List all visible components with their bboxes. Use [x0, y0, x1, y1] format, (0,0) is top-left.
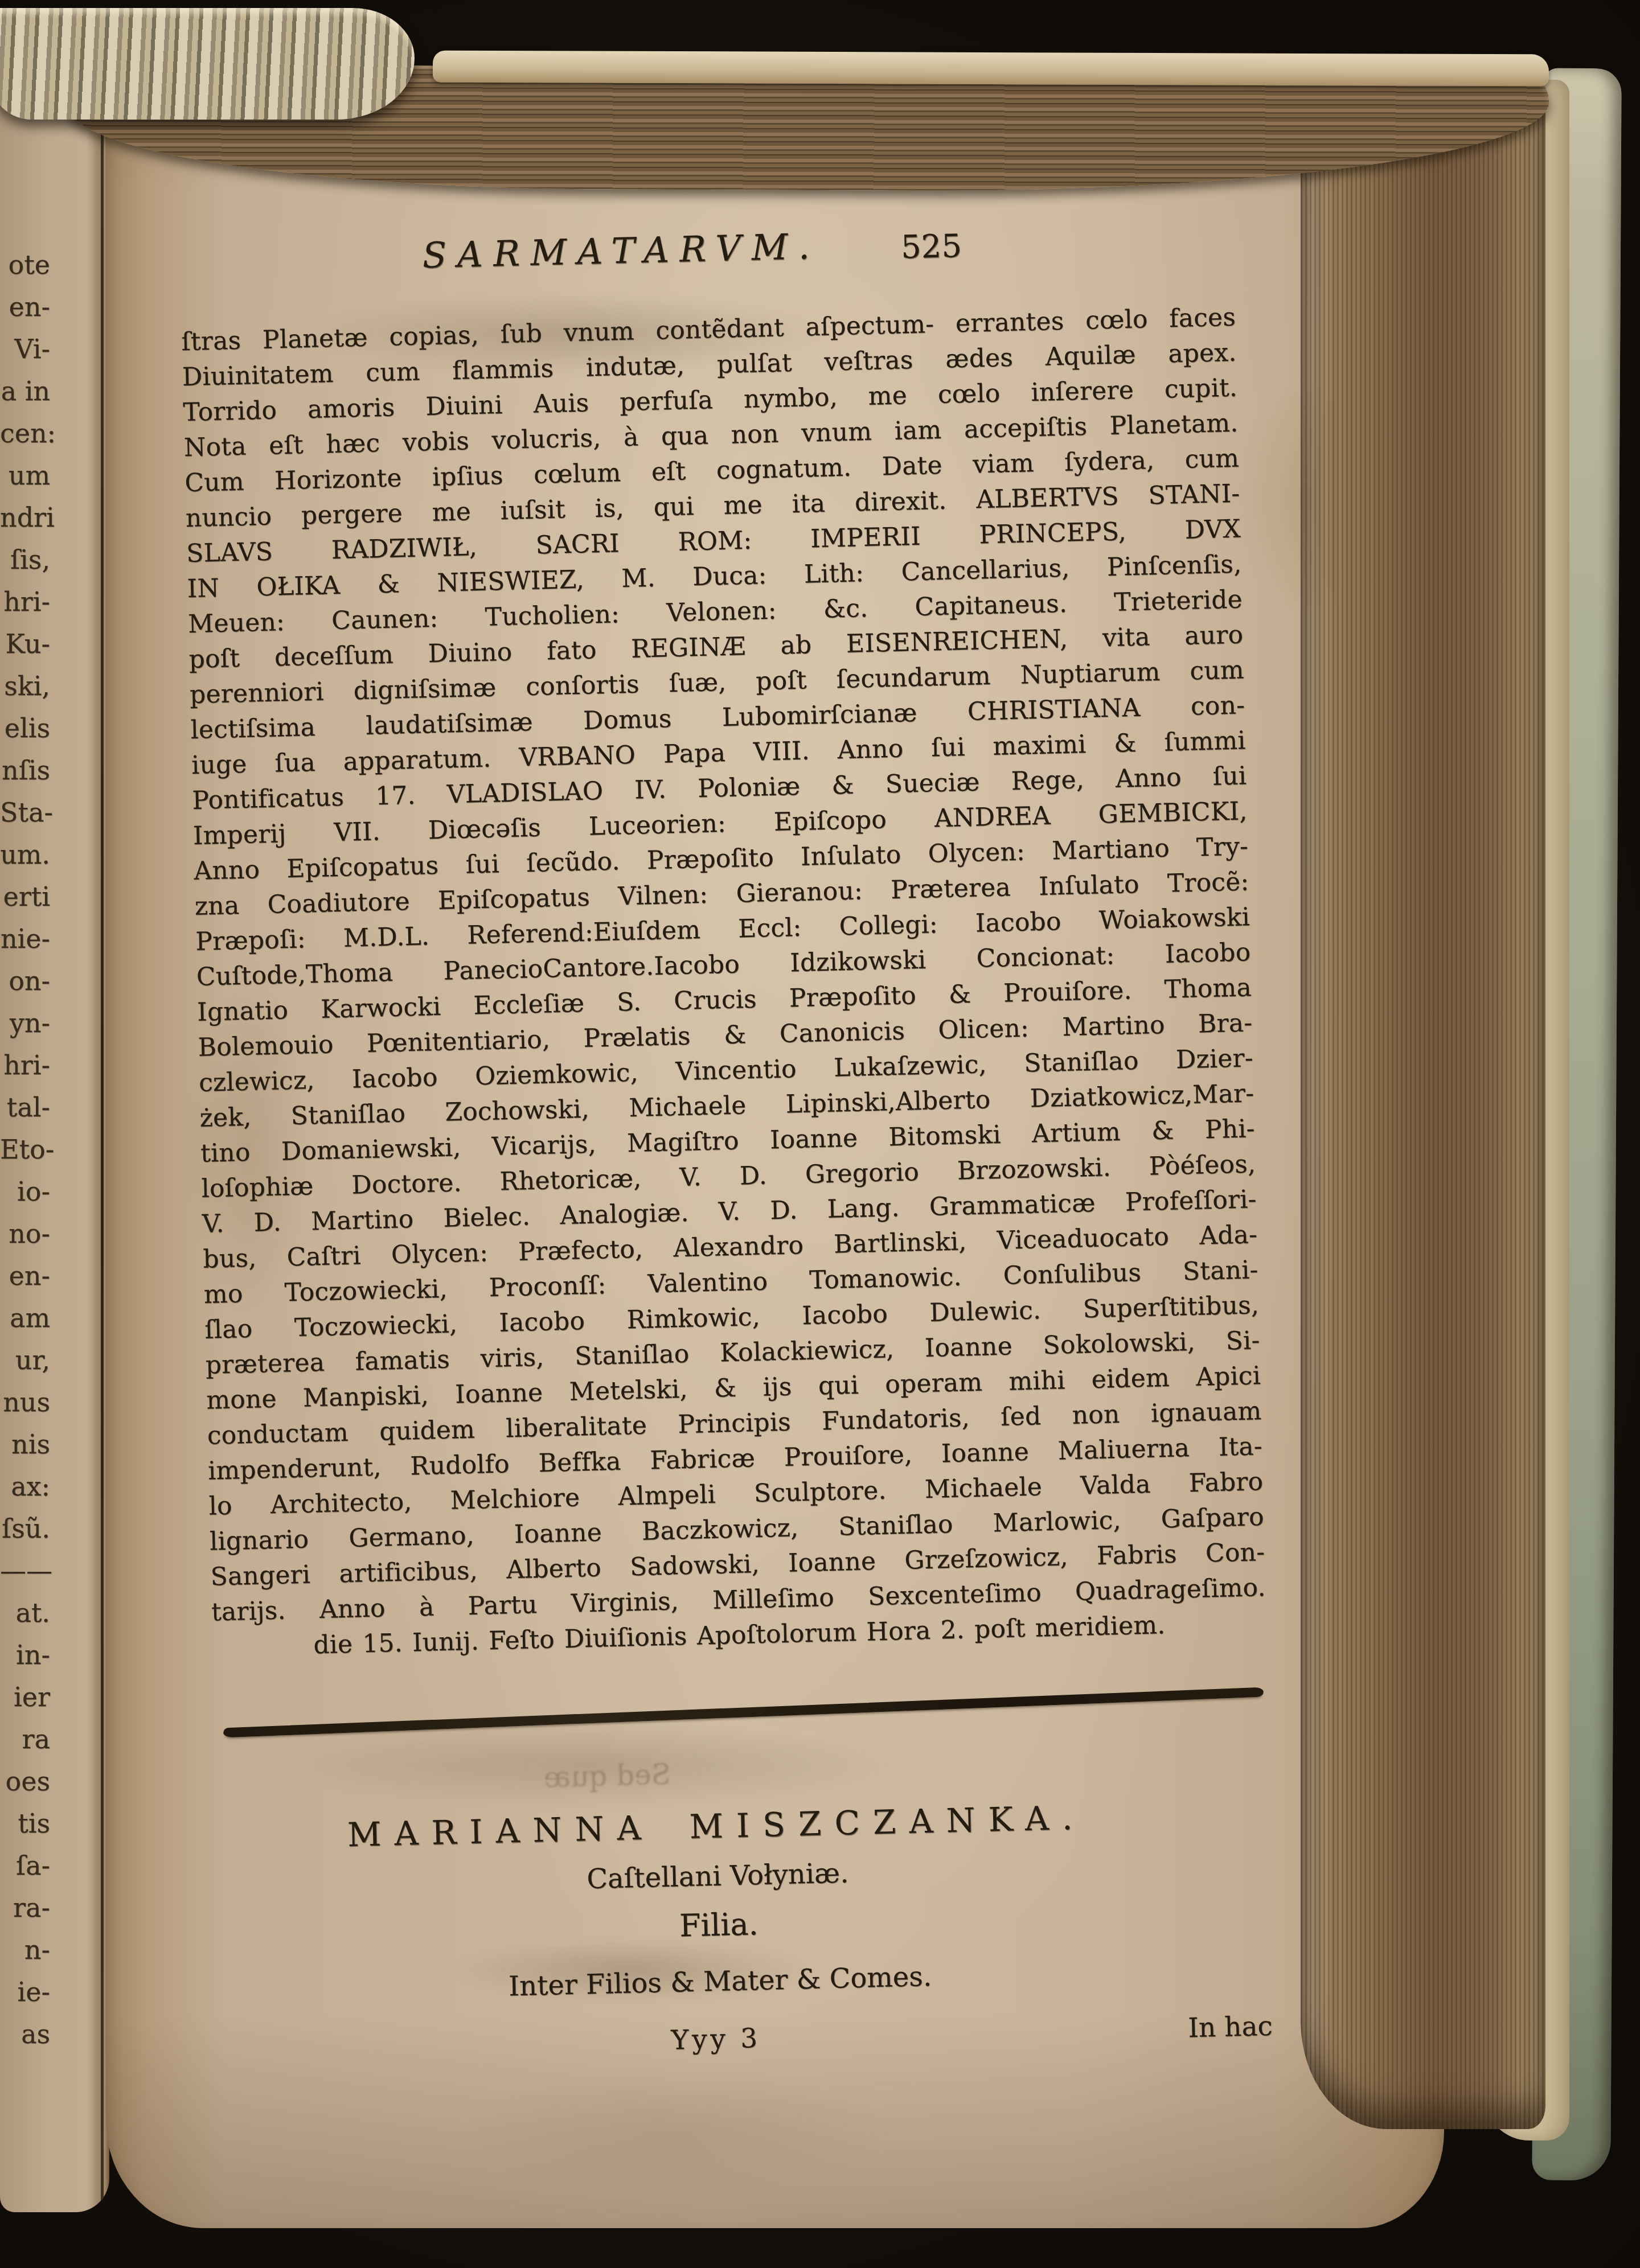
fragment: am	[0, 1297, 50, 1339]
fragment: hri-	[0, 1044, 50, 1086]
fragment: yn-	[0, 1002, 50, 1044]
fragment: ſa-	[0, 1844, 50, 1887]
fragment: ——	[0, 1550, 50, 1592]
page-number: 525	[900, 228, 962, 266]
running-head: SARMATARVM.	[422, 225, 821, 276]
fragment: ſsũ.	[0, 1507, 50, 1550]
closing-section: MARIANNA MISZCZANKA. Caſtellani Vołyniæ.…	[216, 1794, 1277, 2076]
book-fore-edge	[1301, 85, 1545, 2129]
signature-mark: Yyy 3	[671, 2023, 761, 2056]
body-text: ſtras Planetæ copias, ſub vnum contẽdant…	[181, 300, 1267, 1666]
catchword: In hac	[1188, 2011, 1273, 2044]
fragment: io-	[0, 1170, 50, 1213]
fragment: ra	[0, 1718, 50, 1760]
section-subheading: Caſtellani Vołyniæ.	[190, 1848, 1245, 1905]
section-subheading-inter: Inter Filios & Mater & Comes.	[192, 1953, 1248, 2010]
fragment: nis	[0, 1423, 50, 1465]
fragment: as	[0, 2013, 50, 2055]
book-top-edge-lip	[433, 51, 1549, 87]
fragment: elis	[0, 707, 50, 749]
fragment: at.	[0, 1592, 50, 1634]
section-rule	[223, 1687, 1264, 1738]
fragment: no-	[0, 1213, 50, 1255]
paper-stain	[459, 2064, 892, 2201]
facing-page-sliver: oteen-Vi-a incen:umndriſis,hri-Ku-ski,el…	[0, 83, 109, 2212]
fragment: in-	[0, 1634, 50, 1676]
signature-row: Yyy 3 In hac	[222, 2011, 1277, 2076]
fragment: ra-	[0, 1887, 50, 1929]
fragment: erti	[0, 876, 50, 918]
fragment: cen:	[0, 412, 50, 454]
facing-page-text-fragments: oteen-Vi-a incen:umndriſis,hri-Ku-ski,el…	[0, 83, 109, 2055]
fragment: ndri	[0, 496, 50, 539]
fragment: ote	[0, 244, 50, 286]
page-header: SARMATARVM. 525	[179, 216, 1235, 309]
page-content: SARMATARVM. 525 ſtras Planetæ copias, ſu…	[179, 216, 1276, 2076]
fragment: tis	[0, 1802, 50, 1844]
fragment: um	[0, 454, 50, 496]
fragment: en-	[0, 1255, 50, 1297]
fragment: um.	[0, 833, 50, 876]
fragment: ie-	[0, 1971, 50, 2013]
section-subheading-filia: Filia.	[191, 1895, 1247, 1955]
fragment: Sta-	[0, 791, 50, 833]
fragment: hri-	[0, 581, 50, 623]
fragment: Ku-	[0, 623, 50, 665]
fragment: on-	[0, 960, 50, 1002]
fragment: ski,	[0, 665, 50, 707]
fragment: nſis	[0, 749, 50, 791]
gutter-fold-line	[101, 83, 104, 2212]
fragment: Vi-	[0, 328, 50, 370]
book-headband	[0, 8, 415, 120]
fragment: en-	[0, 286, 50, 328]
book-page: SARMATARVM. 525 ſtras Planetæ copias, ſu…	[106, 83, 1444, 2228]
fragment: ur,	[0, 1339, 50, 1381]
fragment: ier	[0, 1676, 50, 1718]
section-heading: MARIANNA MISZCZANKA.	[189, 1794, 1244, 1858]
fragment: n-	[0, 1929, 50, 1971]
photo-background: oteen-Vi-a incen:umndriſis,hri-Ku-ski,el…	[0, 0, 1640, 2268]
fragment: a in	[0, 370, 50, 412]
fragment: oes	[0, 1760, 50, 1802]
fragment: ax:	[0, 1465, 50, 1507]
fragment: tal-	[0, 1086, 50, 1128]
fragment: nus	[0, 1381, 50, 1423]
fragment: Eto-	[0, 1128, 50, 1170]
fragment: ſis,	[0, 539, 50, 581]
fragment: nie-	[0, 918, 50, 960]
